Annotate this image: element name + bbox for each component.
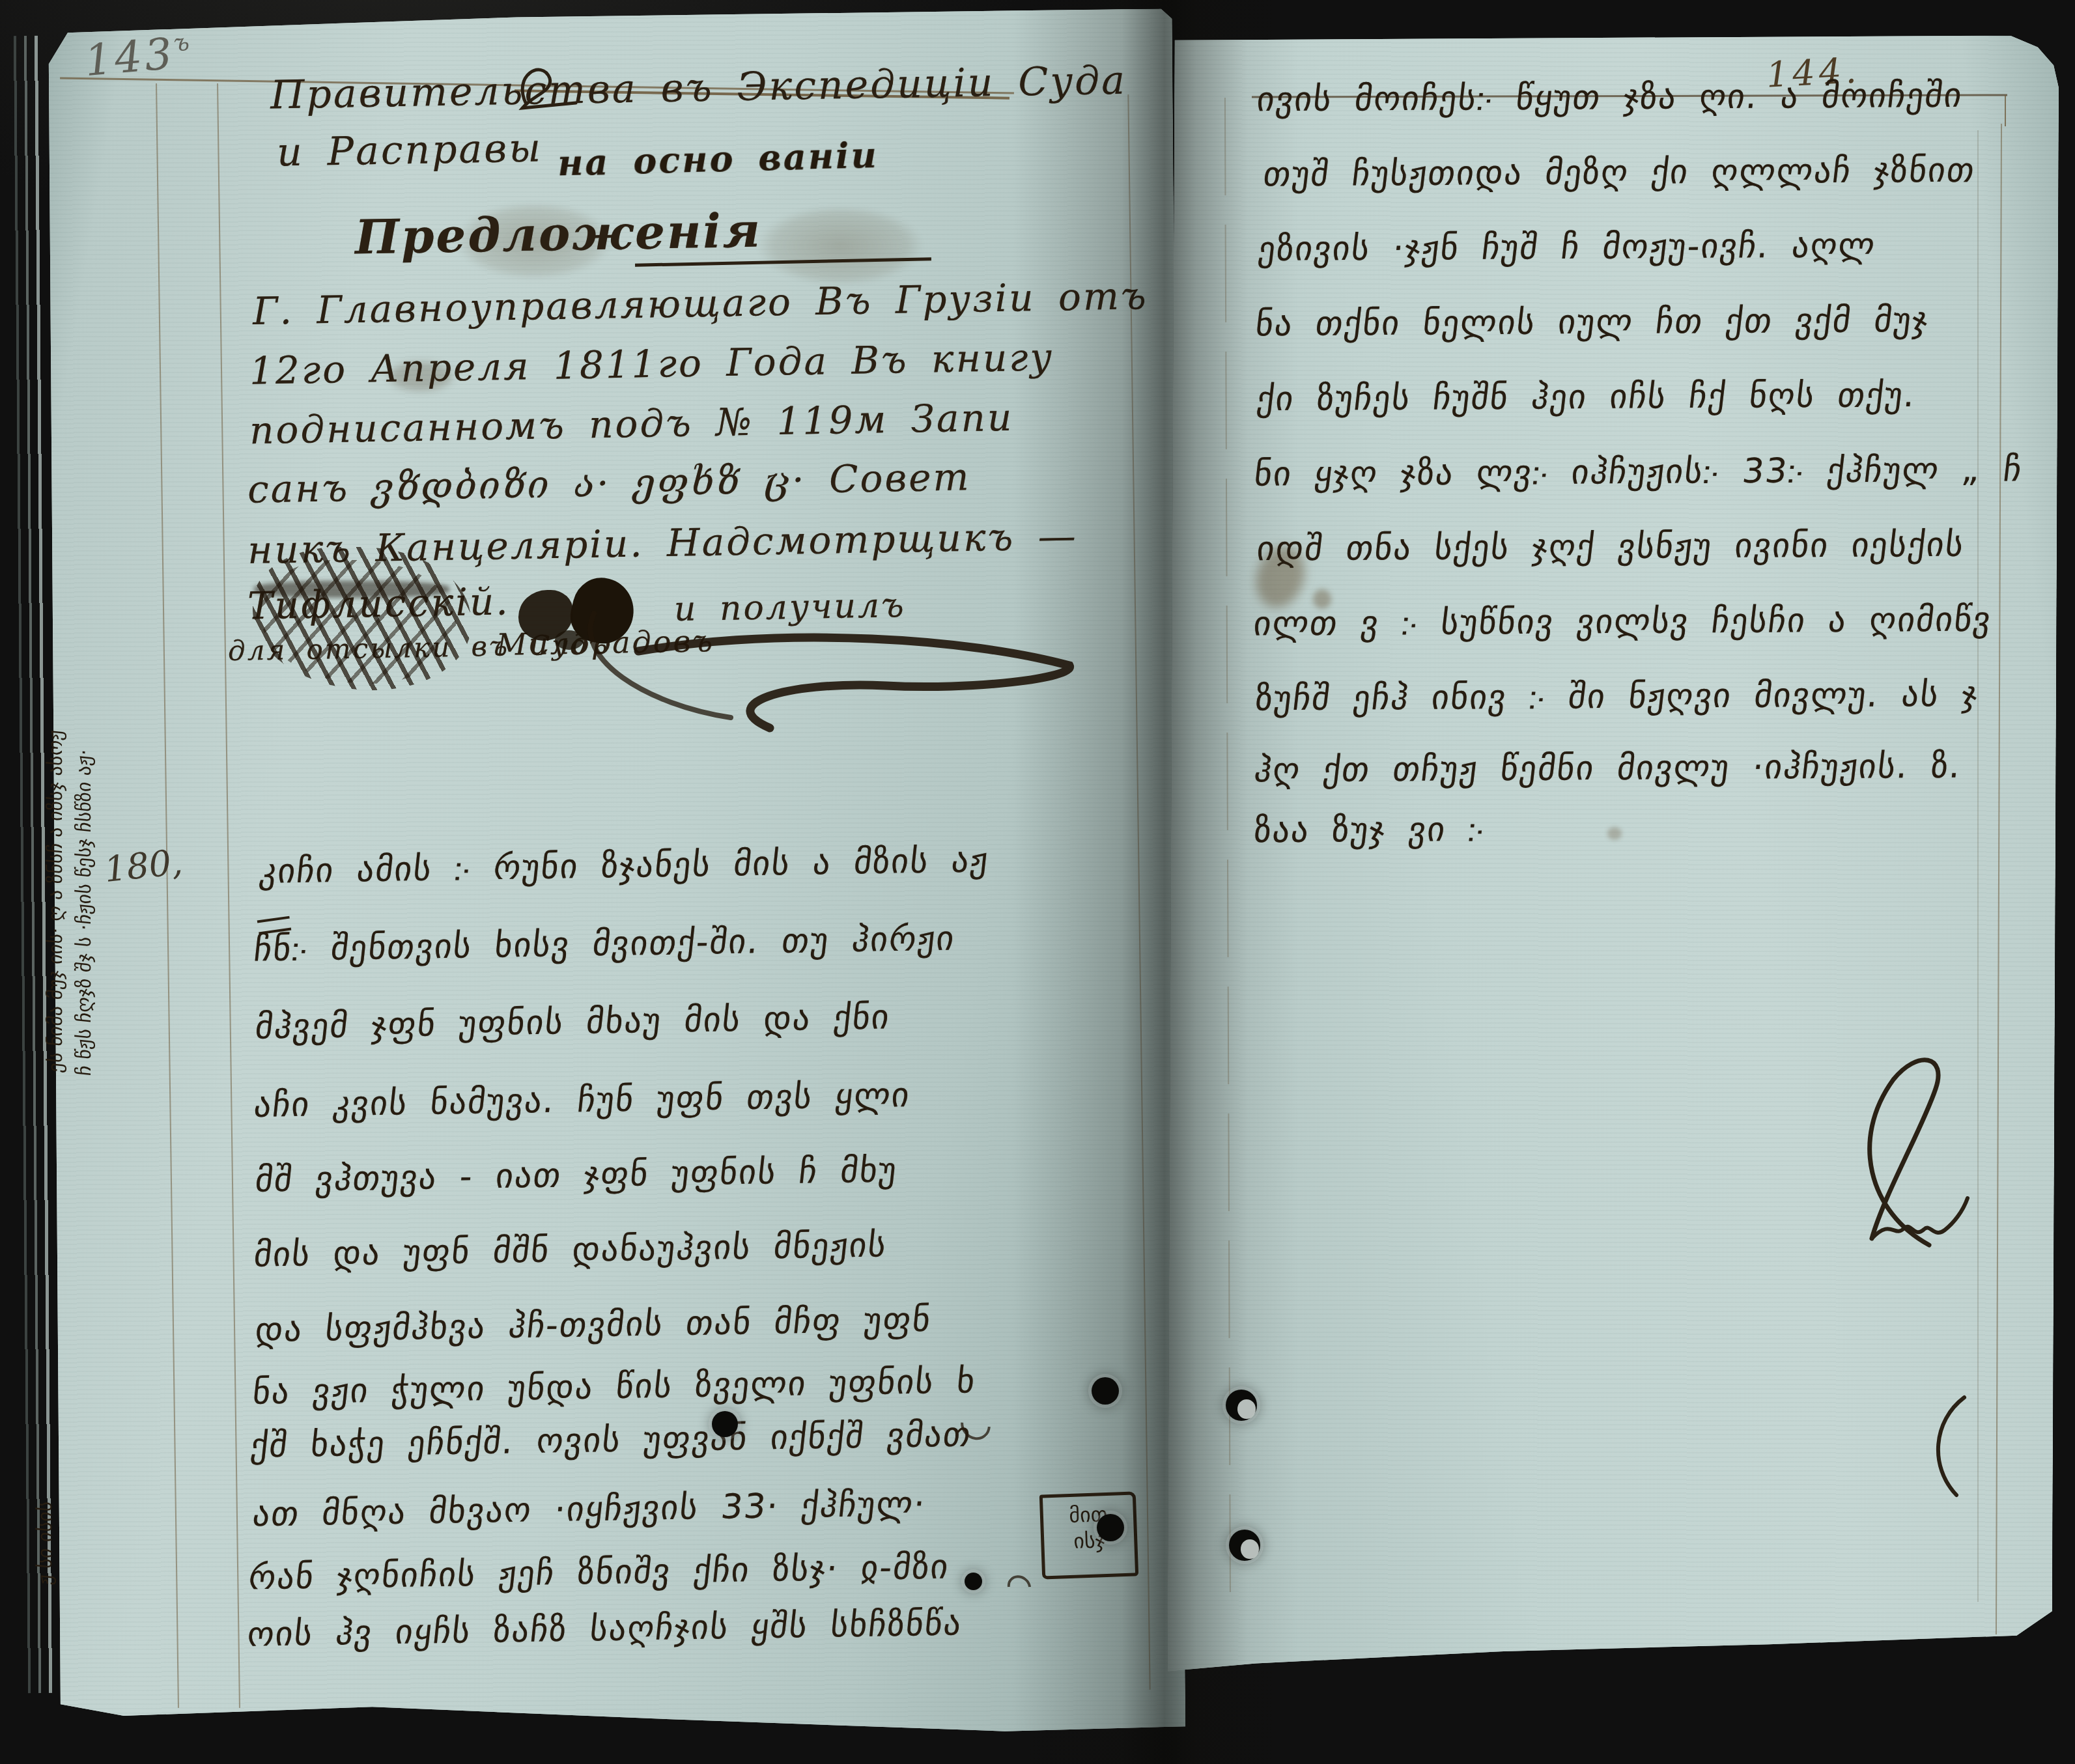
margin-note-vertical-top: ეს ნიმა მუჯ იის· ღ ა ზნსჩ ა იზსჯ ასოჟ ჩ … bbox=[42, 729, 99, 1077]
ruled-line-hook bbox=[2005, 95, 2006, 126]
manuscript-line-georgian: თუშ ჩუსჟთიდა მეზღ ქი ღლლაჩ ჯზნით bbox=[1262, 151, 1978, 195]
binding-hole bbox=[1229, 1530, 1260, 1561]
manuscript-line-georgian: ზაა ზუჯ ვი ჻ bbox=[1252, 810, 1488, 850]
paper-crease bbox=[1977, 130, 1979, 1602]
rule-curl-flourish bbox=[508, 57, 580, 116]
binding-hole bbox=[965, 1573, 982, 1590]
ink-smear bbox=[254, 581, 449, 598]
folio-number-left-value: 143 bbox=[83, 28, 176, 86]
manuscript-scan: 143ъ 144. 180, Правительства въ Экспедиц… bbox=[0, 0, 2075, 1764]
stain bbox=[1607, 827, 1622, 840]
margin-note-line: ჩ წჟს ჩღჯზ შჯ ს ·ჩჟის წესჯ ჩსწზი აჟ· bbox=[70, 732, 99, 1078]
manuscript-line-russian-overwritten: на осно ванiи bbox=[557, 134, 879, 184]
signature-flourish bbox=[1831, 1042, 1981, 1263]
manuscript-line-georgian: ნი ყჯღ ჯზა ლვ჻ იჰჩუჟის჻ 33჻ ქჰჩულ „ ჩ bbox=[1252, 450, 2025, 494]
manuscript-line-georgian: ილთ ვ ჻ სუწნივ ვილსვ ჩესჩი ა ღიმიწვ bbox=[1252, 600, 1994, 644]
manuscript-line-georgian: ზუჩშ ეჩჰ ინივ ჻ ში ნჟღვი მივლუ. ას ჯ bbox=[1254, 675, 1981, 719]
binding-hole bbox=[1226, 1390, 1257, 1421]
manuscript-line-georgian: ჰღ ქთ თჩუჟ წემნი მივლუ ·იჰჩუჟის. ზ. bbox=[1252, 747, 1964, 791]
boxed-marginal-note: მით ისჯ bbox=[1039, 1491, 1138, 1579]
manuscript-line-georgian: ეზივის ·ჯჟნ ჩუშ ჩ მოჟუ-ივჩ. აღლ bbox=[1256, 226, 1878, 269]
folio-number-left-suffix: ъ bbox=[173, 27, 193, 57]
entry-number: 180, bbox=[102, 841, 184, 890]
manuscript-line-georgian: ქი ზუჩეს ჩუშნ ჰეი იჩს ჩქ ნღს თქუ. bbox=[1255, 376, 1919, 419]
binding-hole bbox=[712, 1411, 738, 1437]
manuscript-line-russian-heading: Предложенiя bbox=[354, 203, 762, 265]
manuscript-line-georgian: იდშ თნა სქეს ჯღქ ვსნჟუ ივინი იესქის bbox=[1255, 525, 1967, 569]
signature-tail bbox=[1927, 1393, 1979, 1504]
margin-note-vertical-bottom: ჟ სი ისის bbox=[34, 1500, 57, 1586]
folio-number-left: 143ъ bbox=[83, 27, 195, 86]
manuscript-line-russian: и Расправы bbox=[276, 125, 543, 175]
pen-flourish bbox=[365, 612, 1114, 781]
binding-hole bbox=[1092, 1377, 1119, 1405]
manuscript-line-georgian: ნა თქნი ნელის იულ ჩთ ქთ ვქმ მუჯ bbox=[1254, 301, 1932, 344]
manuscript-line-georgian: ივის მოიჩეს჻ წყუთ ჯზა ღი. ა მოიჩეში bbox=[1255, 76, 1966, 120]
right-page bbox=[1168, 32, 2059, 1677]
binding-hole bbox=[1097, 1514, 1124, 1541]
margin-note-line: ეს ნიმა მუჯ იის· ღ ა ზნსჩ ა იზსჯ ასოჟ bbox=[42, 729, 70, 1074]
